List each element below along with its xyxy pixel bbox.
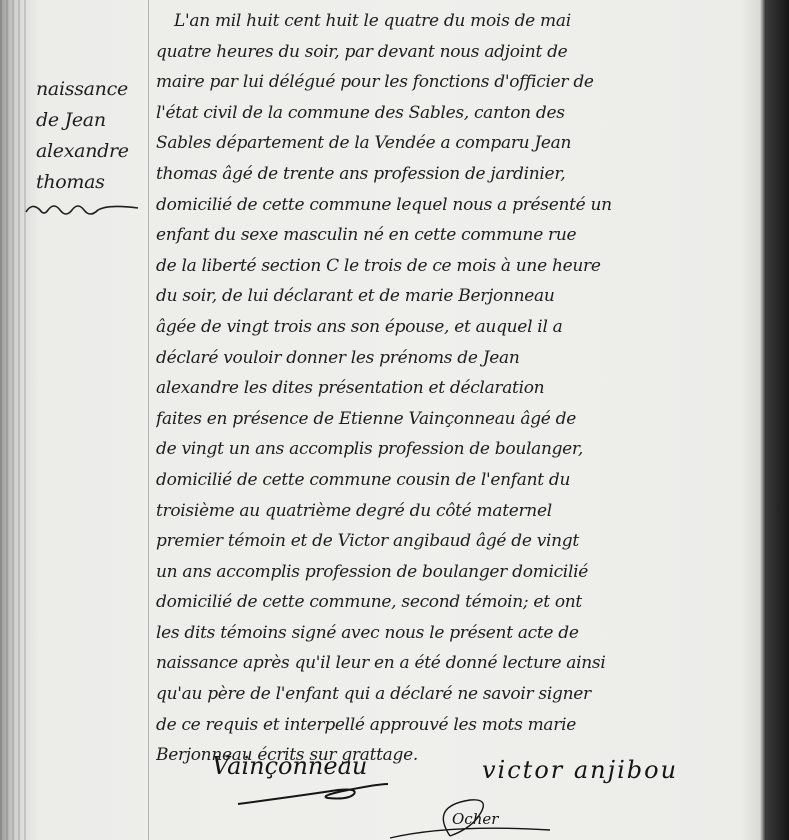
margin-rule-line <box>148 0 149 840</box>
record-line: quatre heures du soir, par devant nous a… <box>156 37 764 68</box>
record-line: de vingt un ans accomplis profession de … <box>156 434 764 465</box>
record-line: de la liberté section C le trois de ce m… <box>156 251 764 282</box>
record-body: L'an mil huit cent huit le quatre du moi… <box>156 6 764 771</box>
record-line: enfant du sexe masculin né en cette comm… <box>156 220 764 251</box>
record-line: L'an mil huit cent huit le quatre du moi… <box>156 6 764 37</box>
signature-vainconneau: Vainçonneau <box>212 752 367 780</box>
signature-victor-anjibou: victor anjibou <box>482 756 678 784</box>
record-line: domicilié de cette commune cousin de l'e… <box>156 465 764 496</box>
record-line: l'état civil de la commune des Sables, c… <box>156 98 764 129</box>
record-line: un ans accomplis profession de boulanger… <box>156 557 764 588</box>
record-line: maire par lui délégué pour les fonctions… <box>156 67 764 98</box>
record-line: les dits témoins signé avec nous le prés… <box>156 618 764 649</box>
record-line: premier témoin et de Victor angibaud âgé… <box>156 526 764 557</box>
left-binding-edge <box>0 0 28 840</box>
record-line: qu'au père de l'enfant qui a déclaré ne … <box>156 679 764 710</box>
margin-flourish-icon <box>18 196 143 220</box>
register-page: naissance de Jean alexandre thomas L'an … <box>0 0 789 840</box>
record-line: thomas âgé de trente ans profession de j… <box>156 159 764 190</box>
record-line: de ce requis et interpellé approuvé les … <box>156 710 764 741</box>
record-line: faites en présence de Etienne Vainçonnea… <box>156 404 764 435</box>
margin-annotation: naissance de Jean alexandre thomas <box>36 74 146 198</box>
record-line: déclaré vouloir donner les prénoms de Je… <box>156 343 764 374</box>
record-line: alexandre les dites présentation et décl… <box>156 373 764 404</box>
record-line: Sables département de la Vendée a compar… <box>156 128 764 159</box>
signature-paraph-icon <box>236 782 396 808</box>
record-line: du soir, de lui déclarant et de marie Be… <box>156 281 764 312</box>
margin-line: de Jean <box>36 105 146 136</box>
officer-paraph-icon <box>380 796 560 840</box>
record-line: troisième au quatrième degré du côté mat… <box>156 496 764 527</box>
record-line: domicilié de cette commune lequel nous a… <box>156 190 764 221</box>
record-line: âgée de vingt trois ans son épouse, et a… <box>156 312 764 343</box>
record-line: naissance après qu'il leur en a été donn… <box>156 648 764 679</box>
record-line: domicilié de cette commune, second témoi… <box>156 587 764 618</box>
margin-line: thomas <box>36 167 146 198</box>
margin-line: alexandre <box>36 136 146 167</box>
right-binding-gutter <box>766 0 789 840</box>
margin-line: naissance <box>36 74 146 105</box>
